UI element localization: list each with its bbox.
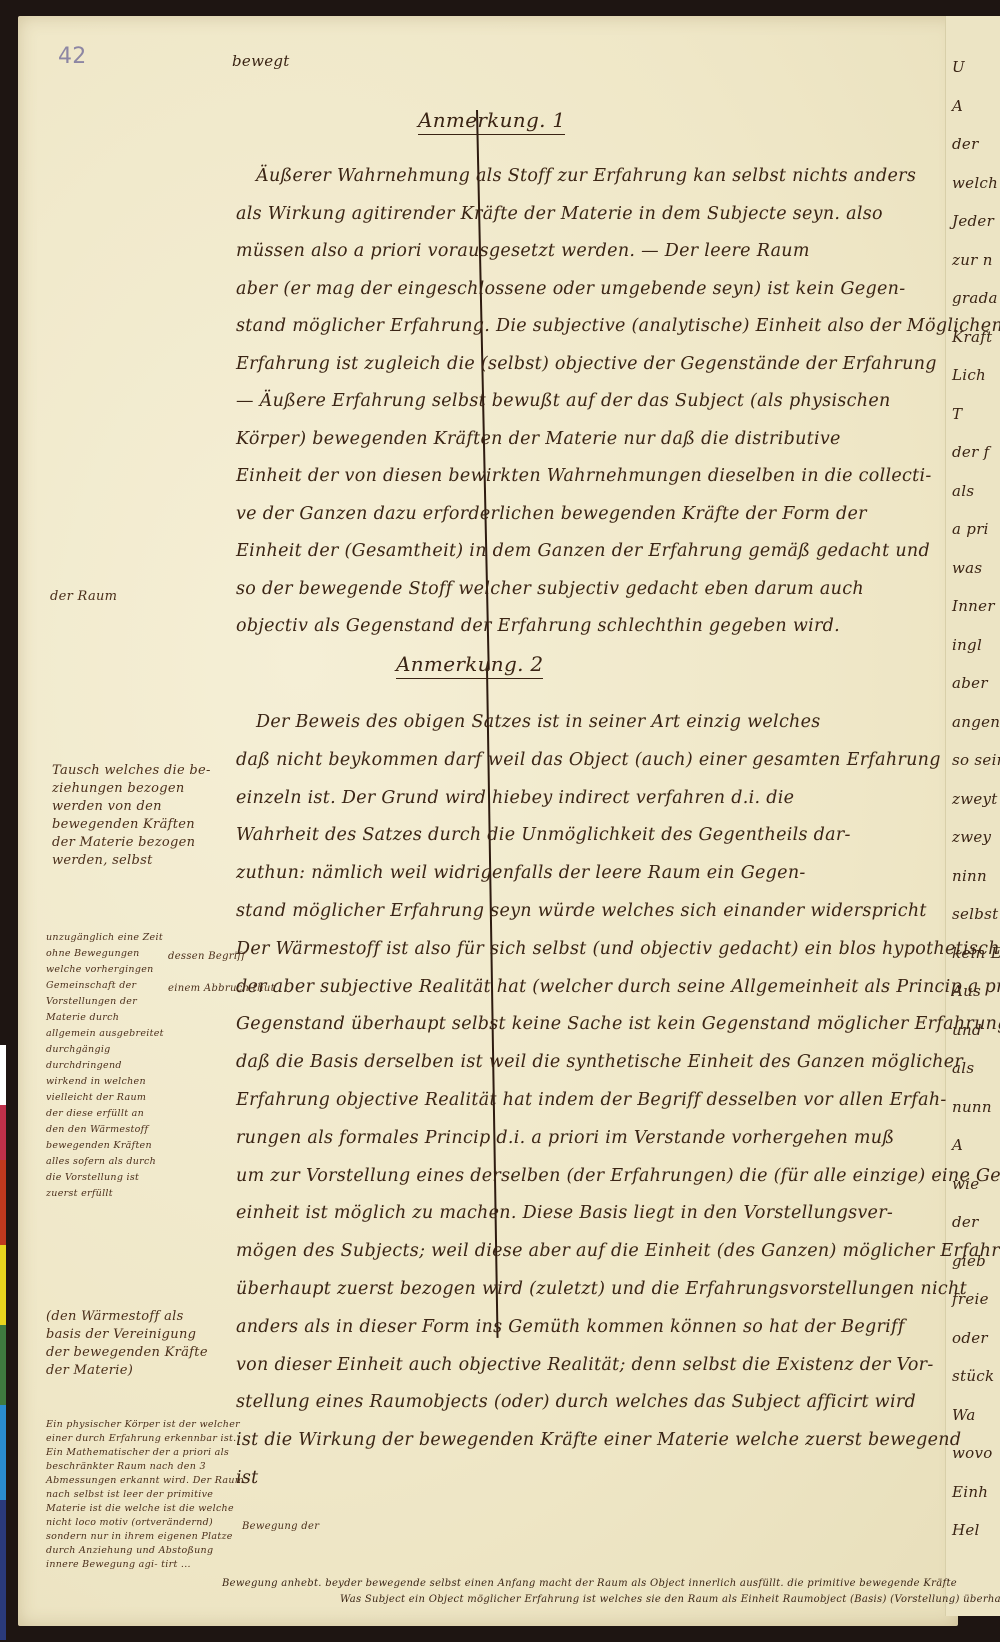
- manuscript-line: so der bewegende Stoff welcher subjectiv…: [236, 579, 864, 599]
- manuscript-line: Äußerer Wahrnehmung als Stoff zur Erfahr…: [256, 166, 916, 186]
- heading-anmerkung-2: Anmerkung. 2: [396, 652, 543, 679]
- manuscript-line: stand möglicher Erfahrung. Die subjectiv…: [236, 316, 1000, 336]
- footer-line-1: Bewegung anhebt. beyder bewegende selbst…: [222, 1578, 957, 1589]
- manuscript-line: einheit ist möglich zu machen. Diese Bas…: [236, 1203, 893, 1223]
- facing-page-fragment: a pri: [952, 520, 989, 538]
- facing-page-fragment: Wa: [952, 1406, 976, 1424]
- facing-page-fragment: wie: [952, 1175, 979, 1193]
- facing-page-fragment: nunn: [952, 1098, 992, 1116]
- facing-page-fragment: zwey: [952, 828, 991, 846]
- facing-page-fragment: ingl: [952, 636, 982, 654]
- facing-page-fragment: U: [952, 58, 965, 76]
- facing-page-fragment: A: [952, 1136, 963, 1154]
- manuscript-line: rungen als formales Princip d.i. a prior…: [236, 1128, 894, 1148]
- calibration-swatch: [0, 1405, 6, 1500]
- facing-page-fragment: freie: [952, 1290, 989, 1308]
- margin-insert-dessen-begriff: dessen Begriff: [168, 950, 245, 965]
- calibration-swatch: [0, 1105, 6, 1160]
- manuscript-line: Der Wärmestoff ist also für sich selbst …: [236, 939, 1000, 959]
- manuscript-line: — Äußere Erfahrung selbst bewußt auf der…: [236, 391, 891, 411]
- margin-note-bewegung: Bewegung der: [242, 1520, 319, 1535]
- margin-note-2: unzugänglich eine Zeit ohne Bewegungen w…: [46, 930, 164, 1202]
- manuscript-line: objectiv als Gegenstand der Erfahrung sc…: [236, 616, 840, 636]
- margin-note-physischer-koerper: Ein physischer Körper ist der welcher ei…: [46, 1418, 246, 1572]
- manuscript-line: anders als in dieser Form ins Gemüth kom…: [236, 1317, 905, 1337]
- calibration-swatch: [0, 1045, 6, 1105]
- facing-page-fragment: und: [952, 1021, 982, 1039]
- facing-page-fragment: der: [952, 1213, 979, 1231]
- manuscript-line: daß nicht beykommen darf weil das Object…: [236, 750, 941, 770]
- manuscript-line: Der Beweis des obigen Satzes ist in sein…: [256, 712, 821, 732]
- facing-page-fragment: angen: [952, 713, 1000, 731]
- margin-note-waermestoff: (den Wärmestoff als basis der Vereinigun…: [46, 1308, 216, 1380]
- facing-page-fragment: wovo: [952, 1444, 993, 1462]
- margin-note-raum: der Raum: [50, 590, 117, 605]
- calibration-swatch: [0, 1325, 6, 1405]
- facing-page-fragment: Hel: [952, 1521, 980, 1539]
- facing-page-fragment: Lich: [952, 366, 986, 384]
- facing-page-fragment: Aus: [952, 982, 981, 1000]
- calibration-swatch: [0, 1160, 6, 1245]
- manuscript-line: Erfahrung objective Realität hat indem d…: [236, 1090, 947, 1110]
- facing-page-fragment: Kraft: [952, 328, 992, 346]
- facing-page-fragment: als: [952, 1059, 974, 1077]
- manuscript-line: Körper) bewegenden Kräften der Materie n…: [236, 429, 841, 449]
- manuscript-line: von dieser Einheit auch objective Realit…: [236, 1355, 934, 1375]
- manuscript-line: der aber subjective Realität hat (welche…: [236, 977, 1000, 997]
- facing-page-fragment: was: [952, 559, 982, 577]
- manuscript-line: einzeln ist. Der Grund wird hiebey indir…: [236, 788, 794, 808]
- manuscript-line: Einheit der von diesen bewirkten Wahrneh…: [236, 466, 932, 486]
- facing-page-fragment: welch: [952, 174, 998, 192]
- facing-page-fragment: ninn: [952, 867, 987, 885]
- manuscript-line: ve der Ganzen dazu erforderlichen bewege…: [236, 504, 867, 524]
- facing-page-fragment: der: [952, 135, 979, 153]
- manuscript-line: als Wirkung agitirender Kräfte der Mater…: [236, 204, 883, 224]
- manuscript-line: mögen des Subjects; weil diese aber auf …: [236, 1241, 1000, 1261]
- facing-page-fragment: A: [952, 97, 963, 115]
- page-number: 42: [58, 44, 87, 69]
- catchword: bewegt: [232, 52, 290, 70]
- manuscript-line: müssen also a priori vorausgesetzt werde…: [236, 241, 810, 261]
- manuscript-line: aber (er mag der eingeschlossene oder um…: [236, 279, 905, 299]
- heading-anmerkung-1: Anmerkung. 1: [418, 108, 565, 135]
- margin-note-1: Tausch welches die be- ziehungen bezogen…: [52, 762, 212, 870]
- manuscript-line: um zur Vorstellung eines derselben (der …: [236, 1166, 1000, 1186]
- facing-page-fragment: stück: [952, 1367, 994, 1385]
- manuscript-line: ist die Wirkung der bewegenden Kräfte ei…: [236, 1430, 961, 1450]
- calibration-swatch: [0, 1500, 6, 1640]
- facing-page-fragment: der f: [952, 443, 989, 461]
- manuscript-line: Wahrheit des Satzes durch die Unmöglichk…: [236, 825, 851, 845]
- margin-insert-abbruch: einem Abbruch thut: [168, 982, 275, 997]
- facing-page-fragment: gieb: [952, 1252, 986, 1270]
- facing-page-fragment: Jeder: [952, 212, 994, 230]
- facing-page-fragment: kein Erf: [952, 944, 1000, 962]
- facing-page-fragment: grada: [952, 289, 998, 307]
- facing-page-fragment: Inner: [952, 597, 995, 615]
- facing-page-fragment: so sein: [952, 751, 1000, 769]
- manuscript-line: zuthun: nämlich weil widrigenfalls der l…: [236, 863, 806, 883]
- facing-page-fragment: zur n: [952, 251, 993, 269]
- manuscript-line: überhaupt zuerst bezogen wird (zuletzt) …: [236, 1279, 967, 1299]
- facing-page-fragment: selbst: [952, 905, 999, 923]
- facing-page-fragment: als: [952, 482, 974, 500]
- manuscript-line: daß die Basis derselben ist weil die syn…: [236, 1052, 963, 1072]
- facing-page-fragment: Einh: [952, 1483, 988, 1501]
- manuscript-line: Einheit der (Gesamtheit) in dem Ganzen d…: [236, 541, 930, 561]
- footer-line-2: Was Subject ein Object möglicher Erfahru…: [340, 1594, 1000, 1605]
- facing-page-fragment: zweyt: [952, 790, 998, 808]
- calibration-swatch: [0, 1245, 6, 1325]
- manuscript-line: Erfahrung ist zugleich die (selbst) obje…: [236, 354, 937, 374]
- facing-page-fragment: T: [952, 405, 962, 423]
- facing-page-fragment: aber: [952, 674, 988, 692]
- manuscript-line: stand möglicher Erfahrung seyn würde wel…: [236, 901, 927, 921]
- manuscript-line: Gegenstand überhaupt selbst keine Sache …: [236, 1014, 1000, 1034]
- manuscript-line: stellung eines Raumobjects (oder) durch …: [236, 1392, 916, 1412]
- facing-page-fragment: oder: [952, 1329, 988, 1347]
